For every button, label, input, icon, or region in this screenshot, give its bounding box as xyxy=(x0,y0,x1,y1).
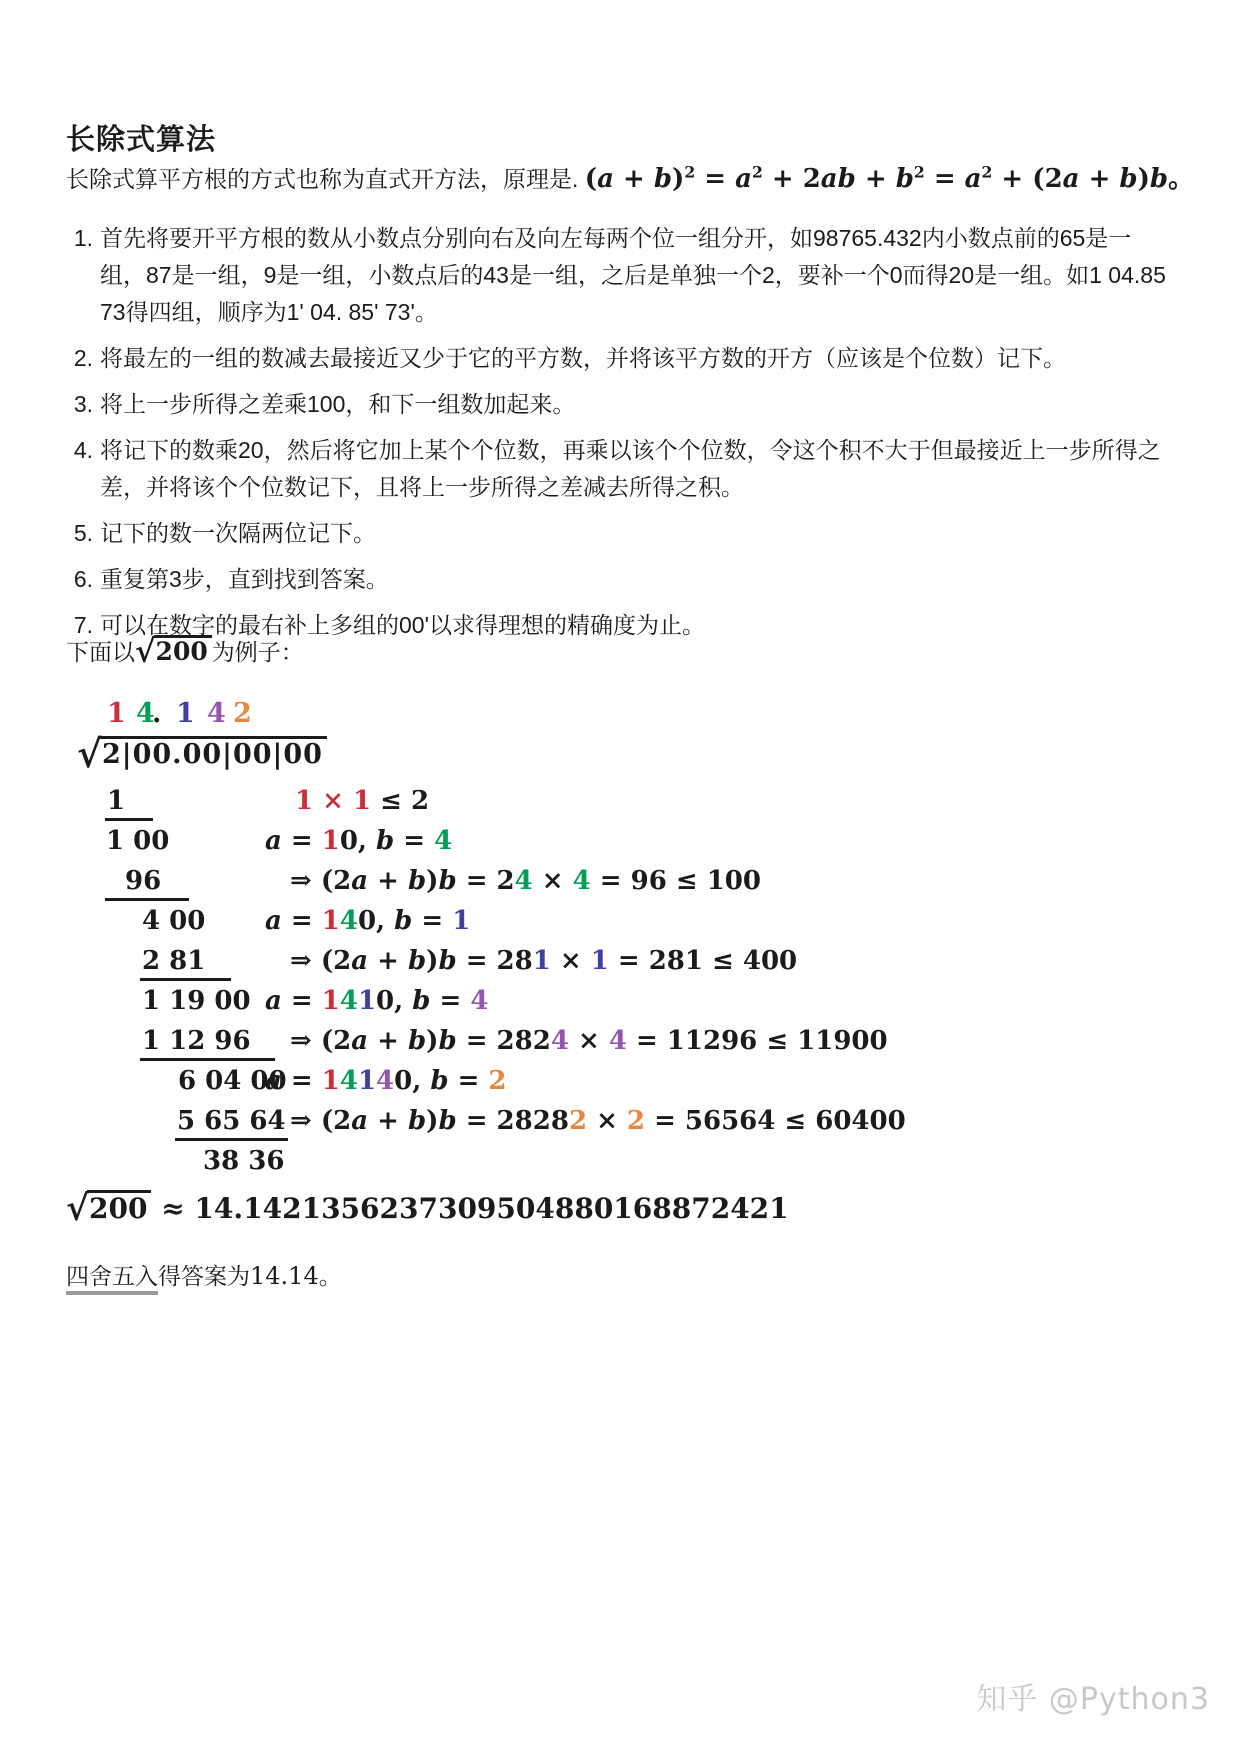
math-segment: = 56564 ≤ 60400 xyxy=(645,1106,906,1136)
math-segment: 2 xyxy=(627,1106,645,1136)
math-segment: × xyxy=(569,1026,609,1056)
math-segment: ) xyxy=(426,866,438,896)
example-intro-pre: 下面以 xyxy=(66,639,135,665)
math-segment: b xyxy=(438,866,456,896)
division-step-formula: a = 1410, b = 4 xyxy=(265,986,488,1016)
math-segment: . xyxy=(152,698,161,729)
math-segment: = 11296 ≤ 11900 xyxy=(627,1026,888,1056)
math-segment: = xyxy=(282,906,322,936)
division-number-row: 4 00 xyxy=(142,906,205,936)
math-segment: = xyxy=(282,1066,322,1096)
step-number: 3. xyxy=(66,386,100,423)
math-segment: = xyxy=(449,1066,489,1096)
math-segment: 2 xyxy=(488,1066,506,1096)
division-step-formula: a = 140, b = 1 xyxy=(265,906,470,936)
step-item-1: 1. 首先将要开平方根的数从小数点分别向右及向左每两个位一组分开，如98765.… xyxy=(66,220,1170,331)
math-segment: = 282 xyxy=(457,1026,551,1056)
math-segment: ⇒ (2 xyxy=(290,946,351,976)
conclusion-value: 14.14 xyxy=(250,1262,319,1290)
step-text: 将记下的数乘20，然后将它加上某个个位数，再乘以该个个位数，令这个积不大于但最接… xyxy=(100,432,1170,506)
math-segment: 4 xyxy=(340,906,358,936)
math-segment: a xyxy=(1063,164,1080,194)
step-text: 重复第3步，直到找到答案。 xyxy=(100,561,1170,598)
step-text: 将上一步所得之差乘100，和下一组数加起来。 xyxy=(100,386,1170,423)
result-line: √200 ≈ 14.1421356237309504880168872421 xyxy=(66,1190,789,1225)
radicand: 200 xyxy=(154,635,212,667)
math-segment: 4 xyxy=(609,1026,627,1056)
math-segment: 1 xyxy=(358,1066,376,1096)
math-segment: = 28 xyxy=(457,946,533,976)
math-segment: 1 xyxy=(322,1066,340,1096)
math-segment: 2 xyxy=(752,162,763,181)
math-segment: b xyxy=(1119,164,1137,194)
math-segment: b xyxy=(1150,164,1168,194)
math-segment: 1 xyxy=(322,986,340,1016)
math-segment: + xyxy=(368,1106,408,1136)
math-segment: 2 xyxy=(233,698,252,729)
math-segment: a xyxy=(965,164,982,194)
math-segment: + 2 xyxy=(763,164,821,194)
math-segment: 1 xyxy=(591,946,609,976)
radicand-groups: 2|00.00|00|00 xyxy=(100,736,327,770)
math-segment: ( xyxy=(585,164,597,194)
document-page: 长除式算法 长除式算平方根的方式也称为直式开方法，原理是. (a + b)2 =… xyxy=(0,0,1240,1754)
math-segment: a xyxy=(265,906,282,936)
step-text: 将最左的一组的数减去最接近又少于它的平方数，并将该平方数的开方（应该是个位数）记… xyxy=(100,340,1170,377)
math-segment: 4 xyxy=(470,986,488,1016)
division-number-row: 1 12 96 xyxy=(140,1026,275,1061)
division-number-row: 1 19 00 xyxy=(142,986,251,1016)
math-segment: = 2828 xyxy=(457,1106,569,1136)
result-value: ≈ 14.1421356237309504880168872421 xyxy=(151,1192,788,1225)
math-segment: a xyxy=(351,946,368,976)
math-segment: + xyxy=(368,1026,408,1056)
long-division-work: 14.142 √2|00.00|00|00 1 1 00 96 4 00 2 8… xyxy=(66,698,1176,1198)
division-number-row: 1 00 xyxy=(106,826,169,856)
math-segment: b xyxy=(408,866,426,896)
math-segment: 1 xyxy=(107,698,126,729)
math-segment: ≤ 2 xyxy=(371,786,429,816)
step-number: 2. xyxy=(66,340,100,377)
math-segment: + xyxy=(1080,164,1120,194)
math-segment: a xyxy=(351,866,368,896)
conclusion-line: 四舍五入得答案为14.14。 xyxy=(66,1258,342,1294)
math-segment: 2 xyxy=(914,162,925,181)
math-segment: 4 xyxy=(573,866,591,896)
math-segment: b xyxy=(438,1026,456,1056)
math-segment: + xyxy=(856,164,896,194)
intro-text: 长除式算平方根的方式也称为直式开方法，原理是. xyxy=(66,166,578,192)
math-segment: × xyxy=(587,1106,627,1136)
division-step-formula: 1 × 1 ≤ 2 xyxy=(295,786,429,816)
page-title: 长除式算法 xyxy=(66,117,216,158)
division-step-formula: ⇒ (2a + b)b = 2824 × 4 = 11296 ≤ 11900 xyxy=(290,1026,888,1056)
sqrt-200: √200 xyxy=(135,637,212,666)
math-segment: a xyxy=(735,164,752,194)
division-number-row: 96 xyxy=(105,866,189,901)
step-item-5: 5. 记下的数一次隔两位记下。 xyxy=(66,515,1170,552)
math-segment: × xyxy=(533,866,573,896)
math-segment: ) xyxy=(426,1106,438,1136)
math-segment: a xyxy=(265,986,282,1016)
division-step-formula: ⇒ (2a + b)b = 28282 × 2 = 56564 ≤ 60400 xyxy=(290,1106,906,1136)
division-number-row: 2 81 xyxy=(140,946,231,981)
math-segment: + xyxy=(368,946,408,976)
math-segment: ) xyxy=(672,164,684,194)
math-segment: b xyxy=(654,164,672,194)
math-segment: a xyxy=(351,1106,368,1136)
radical-sign: √ xyxy=(77,731,102,776)
math-segment: a xyxy=(597,164,614,194)
math-segment: 0, xyxy=(340,826,376,856)
math-segment: ) xyxy=(1138,164,1150,194)
math-segment: b xyxy=(376,826,394,856)
math-segment: = 96 ≤ 100 xyxy=(591,866,761,896)
conclusion-period: 。 xyxy=(319,1263,342,1289)
math-segment: ⇒ (2 xyxy=(290,1026,351,1056)
math-segment: b xyxy=(408,1106,426,1136)
radical-sign: √ xyxy=(135,634,156,670)
example-intro-post: 为例子： xyxy=(212,639,304,665)
math-segment: 1 xyxy=(358,986,376,1016)
math-segment: ) xyxy=(426,1026,438,1056)
intro-formula: (a + b)2 = a2 + 2ab + b2 = a2 + (2a + b)… xyxy=(585,164,1194,194)
math-segment: 1 xyxy=(452,906,470,936)
division-number-row: 1 xyxy=(105,786,153,821)
step-text: 首先将要开平方根的数从小数点分别向右及向左每两个位一组分开，如98765.432… xyxy=(100,220,1170,331)
zhihu-watermark: 知乎 @Python3 xyxy=(976,1674,1210,1718)
division-number-row: 5 65 64 xyxy=(175,1106,288,1141)
division-step-formula: ⇒ (2a + b)b = 281 × 1 = 281 ≤ 400 xyxy=(290,946,797,976)
step-number: 5. xyxy=(66,515,100,552)
math-segment: b xyxy=(438,1106,456,1136)
step-item-2: 2. 将最左的一组的数减去最接近又少于它的平方数，并将该平方数的开方（应该是个位… xyxy=(66,340,1170,377)
math-segment: 4 xyxy=(515,866,533,896)
math-segment: 1 xyxy=(322,906,340,936)
math-segment: 4 xyxy=(207,698,226,729)
math-segment: a xyxy=(265,826,282,856)
sqrt-200: √200 xyxy=(66,1192,151,1225)
math-segment: = 2 xyxy=(457,866,515,896)
math-segment: 4 xyxy=(340,1066,358,1096)
step-number: 4. xyxy=(66,432,100,506)
math-segment: b xyxy=(896,164,914,194)
division-step-formula: a = 10, b = 4 xyxy=(265,826,452,856)
math-segment: 。 xyxy=(1168,164,1194,194)
math-segment: = xyxy=(925,164,965,194)
math-segment: 4 xyxy=(434,826,452,856)
math-segment: 4 xyxy=(376,1066,394,1096)
division-step-formula: a = 14140, b = 2 xyxy=(265,1066,507,1096)
radical-sign: √ xyxy=(66,1188,89,1229)
math-segment: × xyxy=(551,946,591,976)
math-segment: = xyxy=(282,986,322,1016)
math-segment: = xyxy=(412,906,452,936)
math-segment: 1 × 1 xyxy=(295,786,371,816)
math-segment: = xyxy=(282,826,322,856)
step-item-4: 4. 将记下的数乘20，然后将它加上某个个位数，再乘以该个个位数，令这个积不大于… xyxy=(66,432,1170,506)
math-segment: + (2 xyxy=(992,164,1062,194)
math-segment: ab xyxy=(821,164,856,194)
math-segment: 2 xyxy=(569,1106,587,1136)
division-step-formula: ⇒ (2a + b)b = 24 × 4 = 96 ≤ 100 xyxy=(290,866,761,896)
step-number: 1. xyxy=(66,220,100,331)
example-intro-line: 下面以√200为例子： xyxy=(66,633,304,671)
math-segment: ⇒ (2 xyxy=(290,866,351,896)
step-number: 6. xyxy=(66,561,100,598)
math-segment: b xyxy=(430,1066,448,1096)
math-segment: b xyxy=(408,946,426,976)
math-segment: 0, xyxy=(376,986,412,1016)
math-segment: ⇒ (2 xyxy=(290,1106,351,1136)
math-segment: b xyxy=(408,1026,426,1056)
math-segment: b xyxy=(412,986,430,1016)
division-number-row: 38 36 xyxy=(203,1146,284,1176)
math-segment: b xyxy=(438,946,456,976)
math-segment: = xyxy=(430,986,470,1016)
step-text: 记下的数一次隔两位记下。 xyxy=(100,515,1170,552)
math-segment: b xyxy=(394,906,412,936)
math-segment: = xyxy=(394,826,434,856)
math-segment: 4 xyxy=(340,986,358,1016)
rounding-link[interactable]: 四舍五入 xyxy=(66,1263,158,1295)
math-segment: 2 xyxy=(982,162,993,181)
math-segment: a xyxy=(351,1026,368,1056)
step-item-3: 3. 将上一步所得之差乘100，和下一组数加起来。 xyxy=(66,386,1170,423)
math-segment: 1 xyxy=(176,698,195,729)
math-segment: 0, xyxy=(394,1066,430,1096)
math-segment: 1 xyxy=(322,826,340,856)
radical-line: √2|00.00|00|00 xyxy=(77,735,327,770)
intro-paragraph: 长除式算平方根的方式也称为直式开方法，原理是. (a + b)2 = a2 + … xyxy=(66,162,1186,196)
radicand: 200 xyxy=(87,1190,151,1225)
math-segment: 0, xyxy=(358,906,394,936)
math-segment: 4 xyxy=(551,1026,569,1056)
math-segment: 2 xyxy=(684,162,695,181)
math-segment: = 281 ≤ 400 xyxy=(609,946,797,976)
math-segment: a xyxy=(265,1066,282,1096)
math-segment: + xyxy=(368,866,408,896)
steps-list: 1. 首先将要开平方根的数从小数点分别向右及向左每两个位一组分开，如98765.… xyxy=(66,220,1170,653)
math-segment: ) xyxy=(426,946,438,976)
math-segment: + xyxy=(614,164,654,194)
conclusion-text: 得答案为 xyxy=(158,1263,250,1289)
math-segment: 1 xyxy=(533,946,551,976)
math-segment: = xyxy=(695,164,735,194)
step-item-6: 6. 重复第3步，直到找到答案。 xyxy=(66,561,1170,598)
